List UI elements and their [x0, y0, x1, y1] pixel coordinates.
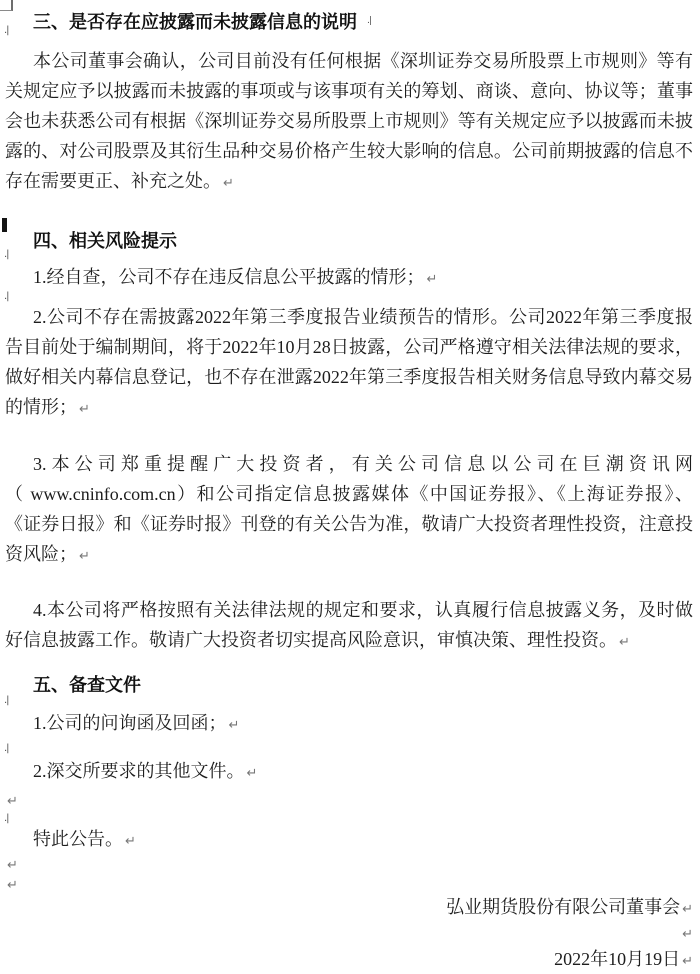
text-line: 资风险；↵: [5, 539, 693, 569]
text-line: 特此公告。↵: [5, 824, 693, 854]
text-line: 露的、对公司股票及其衍生品种交易价格产生较大影响的信息。公司前期披露的信息不: [5, 136, 693, 166]
paragraph-mark-icon: ↵: [427, 272, 438, 287]
line-text: 2.公司不存在需披露2022年第三季度报告业绩预告的情形。公司2022年第三季度…: [33, 307, 693, 327]
empty-paragraph: ↵: [5, 874, 693, 894]
section-heading: 三、是否存在应披露而未披露信息的说明.|: [5, 6, 693, 36]
paragraph-mark-icon: ↵: [79, 549, 90, 564]
line-text: 会也未获悉公司有根据《深圳证券交易所股票上市规则》等有关规定应予以披露而未披: [5, 111, 693, 131]
paragraph-mark-icon: ↵: [7, 794, 18, 809]
text-line: 弘业期货股份有限公司董事会↵: [5, 892, 693, 922]
line-text: 告目前处于编制期间，将于2022年10月28日披露，公司严格遵守相关法律法规的要…: [5, 337, 693, 357]
line-text: （ www.cninfo.com.cn）和公司指定信息披露媒体《中国证券报》、《…: [5, 484, 693, 504]
empty-paragraph: ↵: [5, 786, 693, 816]
document-page: 三、是否存在应披露而未披露信息的说明.|本公司董事会确认，公司目前没有任何根据《…: [0, 0, 700, 974]
text-line: 的情形；↵: [5, 392, 693, 422]
empty-paragraph: ↵: [5, 854, 693, 874]
paragraph-mark-icon: ↵: [79, 402, 90, 417]
signature-line: 弘业期货股份有限公司董事会↵: [5, 892, 693, 922]
line-text: 好信息披露工作。敬请广大投资者切实提高风险意识，审慎决策、理性投资。: [5, 630, 617, 650]
paragraph-mark-icon: ↵: [223, 176, 234, 191]
text-line: 2.公司不存在需披露2022年第三季度报告业绩预告的情形。公司2022年第三季度…: [5, 302, 693, 332]
text-line: （ www.cninfo.com.cn）和公司指定信息披露媒体《中国证券报》、《…: [5, 479, 693, 509]
text-line: 4.本公司将严格按照有关法律法规的规定和要求，认真履行信息披露义务，及时做: [5, 595, 693, 625]
paragraph-mark-icon: ↵: [682, 927, 693, 942]
text-line: 关规定应予以披露而未披露的事项或与该事项有关的筹划、商谈、意向、协议等；董事: [5, 76, 693, 106]
heading-tail-mark-icon: .|: [367, 16, 371, 26]
line-text: 四、相关风险提示: [33, 231, 177, 251]
text-line: 《证券日报》和《证券时报》刊登的有关公告为准，敬请广大投资者理性投资，注意投: [5, 509, 693, 539]
line-text: 2.深交所要求的其他文件。: [33, 761, 245, 781]
text-line: 2022年10月19日↵: [5, 944, 693, 974]
empty-line: ↵: [5, 786, 693, 816]
paragraph-mark-icon: ↵: [619, 635, 630, 650]
text-line: 四、相关风险提示: [5, 226, 693, 256]
paragraph: 1.经自查，公司不存在违反信息公平披露的情形；↵: [5, 262, 693, 292]
text-line: 会也未获悉公司有根据《深圳证券交易所股票上市规则》等有关规定应予以披露而未披: [5, 106, 693, 136]
margin-mark-icon: .|: [4, 814, 9, 824]
empty-line: ↵: [5, 922, 693, 944]
section-heading: 四、相关风险提示: [5, 226, 693, 256]
text-line: 做好相关内幕信息登记，也不存在泄露2022年第三季度报告相关财务信息导致内幕交易: [5, 362, 693, 392]
text-line: 五、备查文件: [5, 670, 693, 700]
text-line: 本公司董事会确认，公司目前没有任何根据《深圳证券交易所股票上市规则》等有: [5, 46, 693, 76]
line-text: 三、是否存在应披露而未披露信息的说明: [33, 12, 357, 32]
paragraph-mark-icon: ↵: [682, 954, 693, 969]
paragraph-mark-icon: ↵: [682, 902, 693, 917]
line-text: 2022年10月19日: [554, 949, 680, 969]
line-text: 五、备查文件: [33, 675, 141, 695]
text-line: 告目前处于编制期间，将于2022年10月28日披露，公司严格遵守相关法律法规的要…: [5, 332, 693, 362]
paragraph-mark-icon: ↵: [125, 834, 136, 849]
line-text: 1.经自查，公司不存在违反信息公平披露的情形；: [33, 267, 425, 287]
line-text: 1.公司的问询函及回函；: [33, 713, 227, 733]
paragraph: 4.本公司将严格按照有关法律法规的规定和要求，认真履行信息披露义务，及时做好信息…: [5, 595, 693, 655]
line-text: 特此公告。: [33, 829, 123, 849]
paragraph: 2.公司不存在需披露2022年第三季度报告业绩预告的情形。公司2022年第三季度…: [5, 302, 693, 422]
text-line: 2.深交所要求的其他文件。↵: [5, 756, 693, 786]
text-line: 3.本公司郑重提醒广大投资者，有关公司信息以公司在巨潮资讯网: [5, 449, 693, 479]
text-line: 1.公司的问询函及回函；↵: [5, 708, 693, 738]
date-line: 2022年10月19日↵: [5, 944, 693, 974]
empty-line: ↵: [5, 854, 693, 874]
margin-mark-icon: .|: [4, 26, 9, 36]
paragraph: 3.本公司郑重提醒广大投资者，有关公司信息以公司在巨潮资讯网（ www.cnin…: [5, 449, 693, 569]
margin-mark-icon: .|: [4, 292, 9, 302]
revision-bar: [2, 218, 7, 232]
text-line: 好信息披露工作。敬请广大投资者切实提高风险意识，审慎决策、理性投资。↵: [5, 625, 693, 655]
paragraph: 2.深交所要求的其他文件。↵: [5, 756, 693, 786]
margin-mark-icon: .|: [4, 696, 9, 706]
line-text: 本公司董事会确认，公司目前没有任何根据《深圳证券交易所股票上市规则》等有: [33, 51, 693, 71]
line-text: 弘业期货股份有限公司董事会: [446, 897, 680, 917]
paragraph: 1.公司的问询函及回函；↵: [5, 708, 693, 738]
paragraph-mark-icon: ↵: [229, 718, 240, 733]
line-text: 资风险；: [5, 544, 77, 564]
page-corner-mark: [0, 0, 13, 11]
line-text: 的情形；: [5, 397, 77, 417]
text-line: 三、是否存在应披露而未披露信息的说明.|: [5, 6, 693, 36]
line-text: 存在需要更正、补充之处。: [5, 171, 221, 191]
text-line: 1.经自查，公司不存在违反信息公平披露的情形；↵: [5, 262, 693, 292]
empty-line: ↵: [5, 874, 693, 894]
line-text: 《证券日报》和《证券时报》刊登的有关公告为准，敬请广大投资者理性投资，注意投: [5, 514, 693, 534]
paragraph: 特此公告。↵: [5, 824, 693, 854]
line-text: 露的、对公司股票及其衍生品种交易价格产生较大影响的信息。公司前期披露的信息不: [5, 141, 693, 161]
paragraph-mark-icon: ↵: [7, 858, 18, 873]
line-text: 3.本公司郑重提醒广大投资者，有关公司信息以公司在巨潮资讯网: [33, 454, 693, 474]
paragraph: 本公司董事会确认，公司目前没有任何根据《深圳证券交易所股票上市规则》等有关规定应…: [5, 46, 693, 196]
section-heading: 五、备查文件: [5, 670, 693, 700]
line-text: 做好相关内幕信息登记，也不存在泄露2022年第三季度报告相关财务信息导致内幕交易: [5, 367, 693, 387]
text-line: 存在需要更正、补充之处。↵: [5, 166, 693, 196]
margin-mark-icon: .|: [4, 744, 9, 754]
line-text: 关规定应予以披露而未披露的事项或与该事项有关的筹划、商谈、意向、协议等；董事: [5, 81, 693, 101]
margin-mark-icon: .|: [4, 250, 9, 260]
empty-paragraph: ↵: [5, 922, 693, 944]
line-text: 4.本公司将严格按照有关法律法规的规定和要求，认真履行信息披露义务，及时做: [33, 600, 693, 620]
paragraph-mark-icon: ↵: [247, 766, 258, 781]
paragraph-mark-icon: ↵: [7, 878, 18, 893]
